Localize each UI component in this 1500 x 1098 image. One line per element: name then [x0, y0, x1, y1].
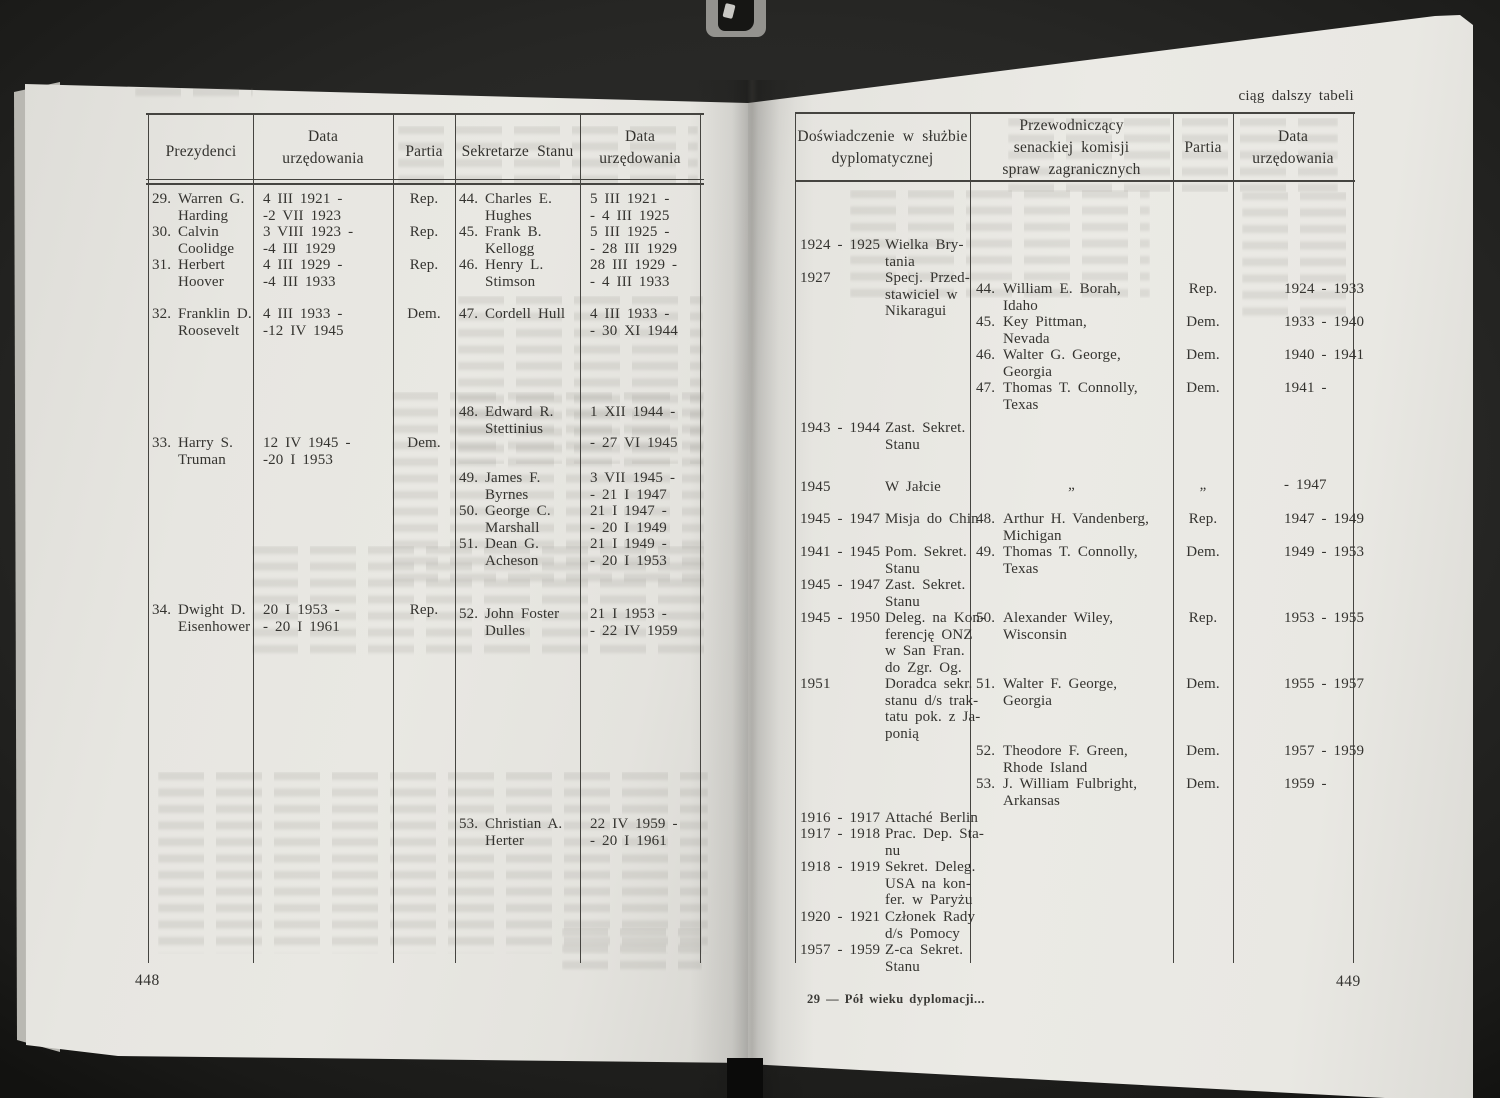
president-term-dates: 3 VIII 1923 --4 III 1929: [263, 224, 389, 257]
secretary-name: Christian A.Herter: [485, 816, 585, 849]
spine-gap-notch: [727, 1058, 763, 1098]
president-number: 31.: [152, 257, 178, 274]
chairman-term-years: 1959 -: [1284, 776, 1354, 793]
right-table-top-rule: [795, 112, 1355, 114]
chairman-name: Thomas T. Connolly,Texas: [1003, 544, 1173, 577]
left-table-divider: [455, 114, 456, 963]
chairman-party: Rep.: [1175, 511, 1231, 528]
chairman-term-years: 1957 - 1959: [1284, 743, 1354, 760]
secretary-term-dates: 21 I 1953 -- 22 IV 1959: [590, 606, 700, 639]
left-table-border-left: [148, 114, 149, 963]
chairman-party: Dem.: [1175, 676, 1231, 693]
secretary-name: James F.Byrnes: [485, 470, 585, 503]
experience-description: Pom. Sekret.Stanu: [885, 544, 975, 577]
secretary-term-dates: 1 XII 1944 -- 27 VI 1945: [590, 404, 700, 451]
chairman-number: 45.: [976, 314, 1002, 331]
chairman-party: Dem.: [1175, 544, 1231, 561]
left-table-header-rule: [146, 183, 704, 185]
experience-description: Wielka Bry-tania: [885, 237, 975, 270]
chairman-number: 44.: [976, 281, 1002, 298]
experience-years: 1920 - 1921: [800, 909, 884, 926]
right-table-border-right: [1353, 113, 1354, 963]
secretary-number: 49.: [459, 470, 485, 487]
president-term-dates: 4 III 1933 --12 IV 1945: [263, 306, 389, 339]
left-header-presidents: Prezydenci: [150, 141, 252, 163]
secretary-term-dates: 5 III 1921 -- 4 III 1925: [590, 191, 700, 224]
chairman-party: Dem.: [1175, 347, 1231, 364]
secretary-term-dates: 4 III 1933 -- 30 XI 1944: [590, 306, 700, 339]
left-table-top-rule: [146, 113, 704, 115]
chairman-name: Walter G. George,Georgia: [1003, 347, 1173, 380]
secretary-number: 47.: [459, 306, 485, 323]
right-table-divider: [1173, 113, 1174, 963]
experience-description: W Jałcie: [885, 479, 975, 496]
left-table-border-right: [700, 114, 701, 963]
chairman-term-years: 1933 - 1940: [1284, 314, 1354, 331]
secretary-name: Frank B.Kellogg: [485, 224, 585, 257]
experience-years: 1924 - 1925: [800, 237, 884, 254]
secretary-term-dates: 5 III 1925 -- 28 III 1929: [590, 224, 700, 257]
left-header-term2: Data urzędowania: [580, 126, 700, 170]
experience-description: Doradca sekr.stanu d/s trak-tatu pok. z …: [885, 676, 975, 742]
chairman-number: 49.: [976, 544, 1002, 561]
chairman-term-years: 1924 - 1933: [1284, 281, 1354, 298]
secretary-term-dates: 3 VII 1945 -- 21 I 1947: [590, 470, 700, 503]
chairman-number: 51.: [976, 676, 1002, 693]
experience-years: 1917 - 1918: [800, 826, 884, 843]
left-header-term: Data urzędowania: [255, 126, 391, 170]
president-term-dates: 12 IV 1945 --20 I 1953: [263, 435, 389, 468]
right-header-experience: Doświadczenie w służbie dyplomatycznej: [795, 126, 970, 170]
secretary-number: 45.: [459, 224, 485, 241]
experience-description: Sekret. Deleg.USA na kon-fer. w Paryżu: [885, 859, 975, 909]
chairman-number: 50.: [976, 610, 1002, 627]
secretary-term-dates: 28 III 1929 -- 4 III 1933: [590, 257, 700, 290]
chairman-name: William E. Borah,Idaho: [1003, 281, 1173, 314]
president-number: 34.: [152, 602, 178, 619]
experience-years: 1945 - 1950: [800, 610, 884, 627]
president-party: Rep.: [395, 191, 453, 208]
chairman-number: 53.: [976, 776, 1002, 793]
secretary-name: Charles E.Hughes: [485, 191, 585, 224]
president-number: 32.: [152, 306, 178, 323]
chairman-party: Dem.: [1175, 776, 1231, 793]
chairman-term-years: 1940 - 1941: [1284, 347, 1354, 364]
chairman-number: 46.: [976, 347, 1002, 364]
chairman-party: Dem.: [1175, 380, 1231, 397]
left-header-party: Partia: [393, 141, 455, 163]
president-term-dates: 4 III 1921 --2 VII 1923: [263, 191, 389, 224]
experience-years: 1945 - 1947: [800, 511, 884, 528]
chairman-name: Walter F. George,Georgia: [1003, 676, 1173, 709]
experience-description: Członek Radyd/s Pomocy: [885, 909, 975, 942]
left-table-header-rule-thin: [146, 179, 704, 180]
book-scan: Prezydenci Data urzędowania Partia Sekre…: [0, 0, 1500, 1098]
experience-years: 1951: [800, 676, 884, 693]
experience-years: 1916 - 1917: [800, 810, 884, 827]
president-party: Dem.: [395, 306, 453, 323]
president-party: Rep.: [395, 257, 453, 274]
chairman-name: Thomas T. Connolly,Texas: [1003, 380, 1173, 413]
president-party: Dem.: [395, 435, 453, 452]
chairman-term-years: 1955 - 1957: [1284, 676, 1354, 693]
experience-description: Zast. Sekret.Stanu: [885, 420, 975, 453]
chairman-party: Dem.: [1175, 314, 1231, 331]
secretary-number: 48.: [459, 404, 485, 421]
president-number: 29.: [152, 191, 178, 208]
right-header-chairman: Przewodniczący senackiej komisji spraw z…: [970, 115, 1173, 181]
secretary-number: 44.: [459, 191, 485, 208]
chairman-name: Alexander Wiley,Wisconsin: [1003, 610, 1173, 643]
experience-years: 1945 - 1947: [800, 577, 884, 594]
secretary-number: 51.: [459, 536, 485, 553]
experience-description: Attaché Berlin: [885, 810, 975, 827]
experience-description: Deleg. na Kon-ferencję ONZw San Fran.do …: [885, 610, 975, 676]
chairman-term-years: 1941 -: [1284, 380, 1354, 397]
right-table-divider: [1233, 113, 1234, 963]
secretary-name: Cordell Hull: [485, 306, 585, 323]
chairman-term-years: 1947 - 1949: [1284, 511, 1354, 528]
experience-description: Prac. Dep. Sta-nu: [885, 826, 975, 859]
experience-years: 1943 - 1944: [800, 420, 884, 437]
president-party: Rep.: [395, 224, 453, 241]
experience-description: Misja do Chin: [885, 511, 975, 528]
experience-description: Z-ca Sekret.Stanu: [885, 942, 975, 975]
experience-years: 1941 - 1945: [800, 544, 884, 561]
chairman-number: 48.: [976, 511, 1002, 528]
continuation-note: ciąg dalszy tabeli: [1238, 88, 1354, 105]
president-party: Rep.: [395, 602, 453, 619]
president-name: CalvinCoolidge: [178, 224, 270, 257]
right-page-number: 449: [1336, 973, 1361, 991]
secretary-term-dates: 21 I 1949 -- 20 I 1953: [590, 536, 700, 569]
president-name: Warren G.Harding: [178, 191, 270, 224]
right-header-term: Data urzędowania: [1233, 126, 1353, 170]
experience-description: Zast. Sekret.Stanu: [885, 577, 975, 610]
experience-years: 1957 - 1959: [800, 942, 884, 959]
chairman-term-years: 1953 - 1955: [1284, 610, 1354, 627]
secretary-number: 50.: [459, 503, 485, 520]
secretary-number: 52.: [459, 606, 485, 623]
chairman-term-years: - 1947: [1284, 477, 1354, 494]
left-page-number: 448: [135, 972, 160, 990]
secretary-name: Edward R.Stettinius: [485, 404, 585, 437]
signature-footer: 29 — Pół wieku dyplomacji...: [807, 992, 985, 1007]
left-header-secretaries: Sekretarze Stanu: [455, 141, 580, 163]
chairman-name: Key Pittman,Nevada: [1003, 314, 1173, 347]
chairman-party: Rep.: [1175, 281, 1231, 298]
secretary-name: John FosterDulles: [485, 606, 585, 639]
chairman-party: Rep.: [1175, 610, 1231, 627]
secretary-number: 53.: [459, 816, 485, 833]
experience-years: 1945: [800, 479, 884, 496]
chairman-party: „: [1175, 477, 1231, 494]
chairman-number: 47.: [976, 380, 1002, 397]
president-number: 30.: [152, 224, 178, 241]
president-term-dates: 4 III 1929 --4 III 1933: [263, 257, 389, 290]
chairman-name: J. William Fulbright,Arkansas: [1003, 776, 1173, 809]
chairman-name: Arthur H. Vandenberg,Michigan: [1003, 511, 1173, 544]
chairman-party: Dem.: [1175, 743, 1231, 760]
chairman-name: Theodore F. Green,Rhode Island: [1003, 743, 1173, 776]
president-number: 33.: [152, 435, 178, 452]
secretary-term-dates: 21 I 1947 -- 20 I 1949: [590, 503, 700, 536]
secretary-term-dates: 22 IV 1959 -- 20 I 1961: [590, 816, 700, 849]
secretary-name: George C.Marshall: [485, 503, 585, 536]
experience-years: 1918 - 1919: [800, 859, 884, 876]
president-name: Dwight D.Eisenhower: [178, 602, 270, 635]
secretary-number: 46.: [459, 257, 485, 274]
president-name: Franklin D.Roosevelt: [178, 306, 270, 339]
experience-description: Specj. Przed-stawiciel wNikaragui: [885, 270, 975, 320]
chairman-name: „: [970, 477, 1173, 494]
secretary-name: Dean G.Acheson: [485, 536, 585, 569]
right-header-party: Partia: [1173, 137, 1233, 159]
left-table-divider: [393, 114, 394, 963]
president-term-dates: 20 I 1953 -- 20 I 1961: [263, 602, 389, 635]
president-name: HerbertHoover: [178, 257, 270, 290]
right-table-border-left: [795, 113, 796, 963]
president-name: Harry S.Truman: [178, 435, 270, 468]
secretary-name: Henry L.Stimson: [485, 257, 585, 290]
experience-years: 1927: [800, 270, 884, 287]
chairman-number: 52.: [976, 743, 1002, 760]
chairman-term-years: 1949 - 1953: [1284, 544, 1354, 561]
